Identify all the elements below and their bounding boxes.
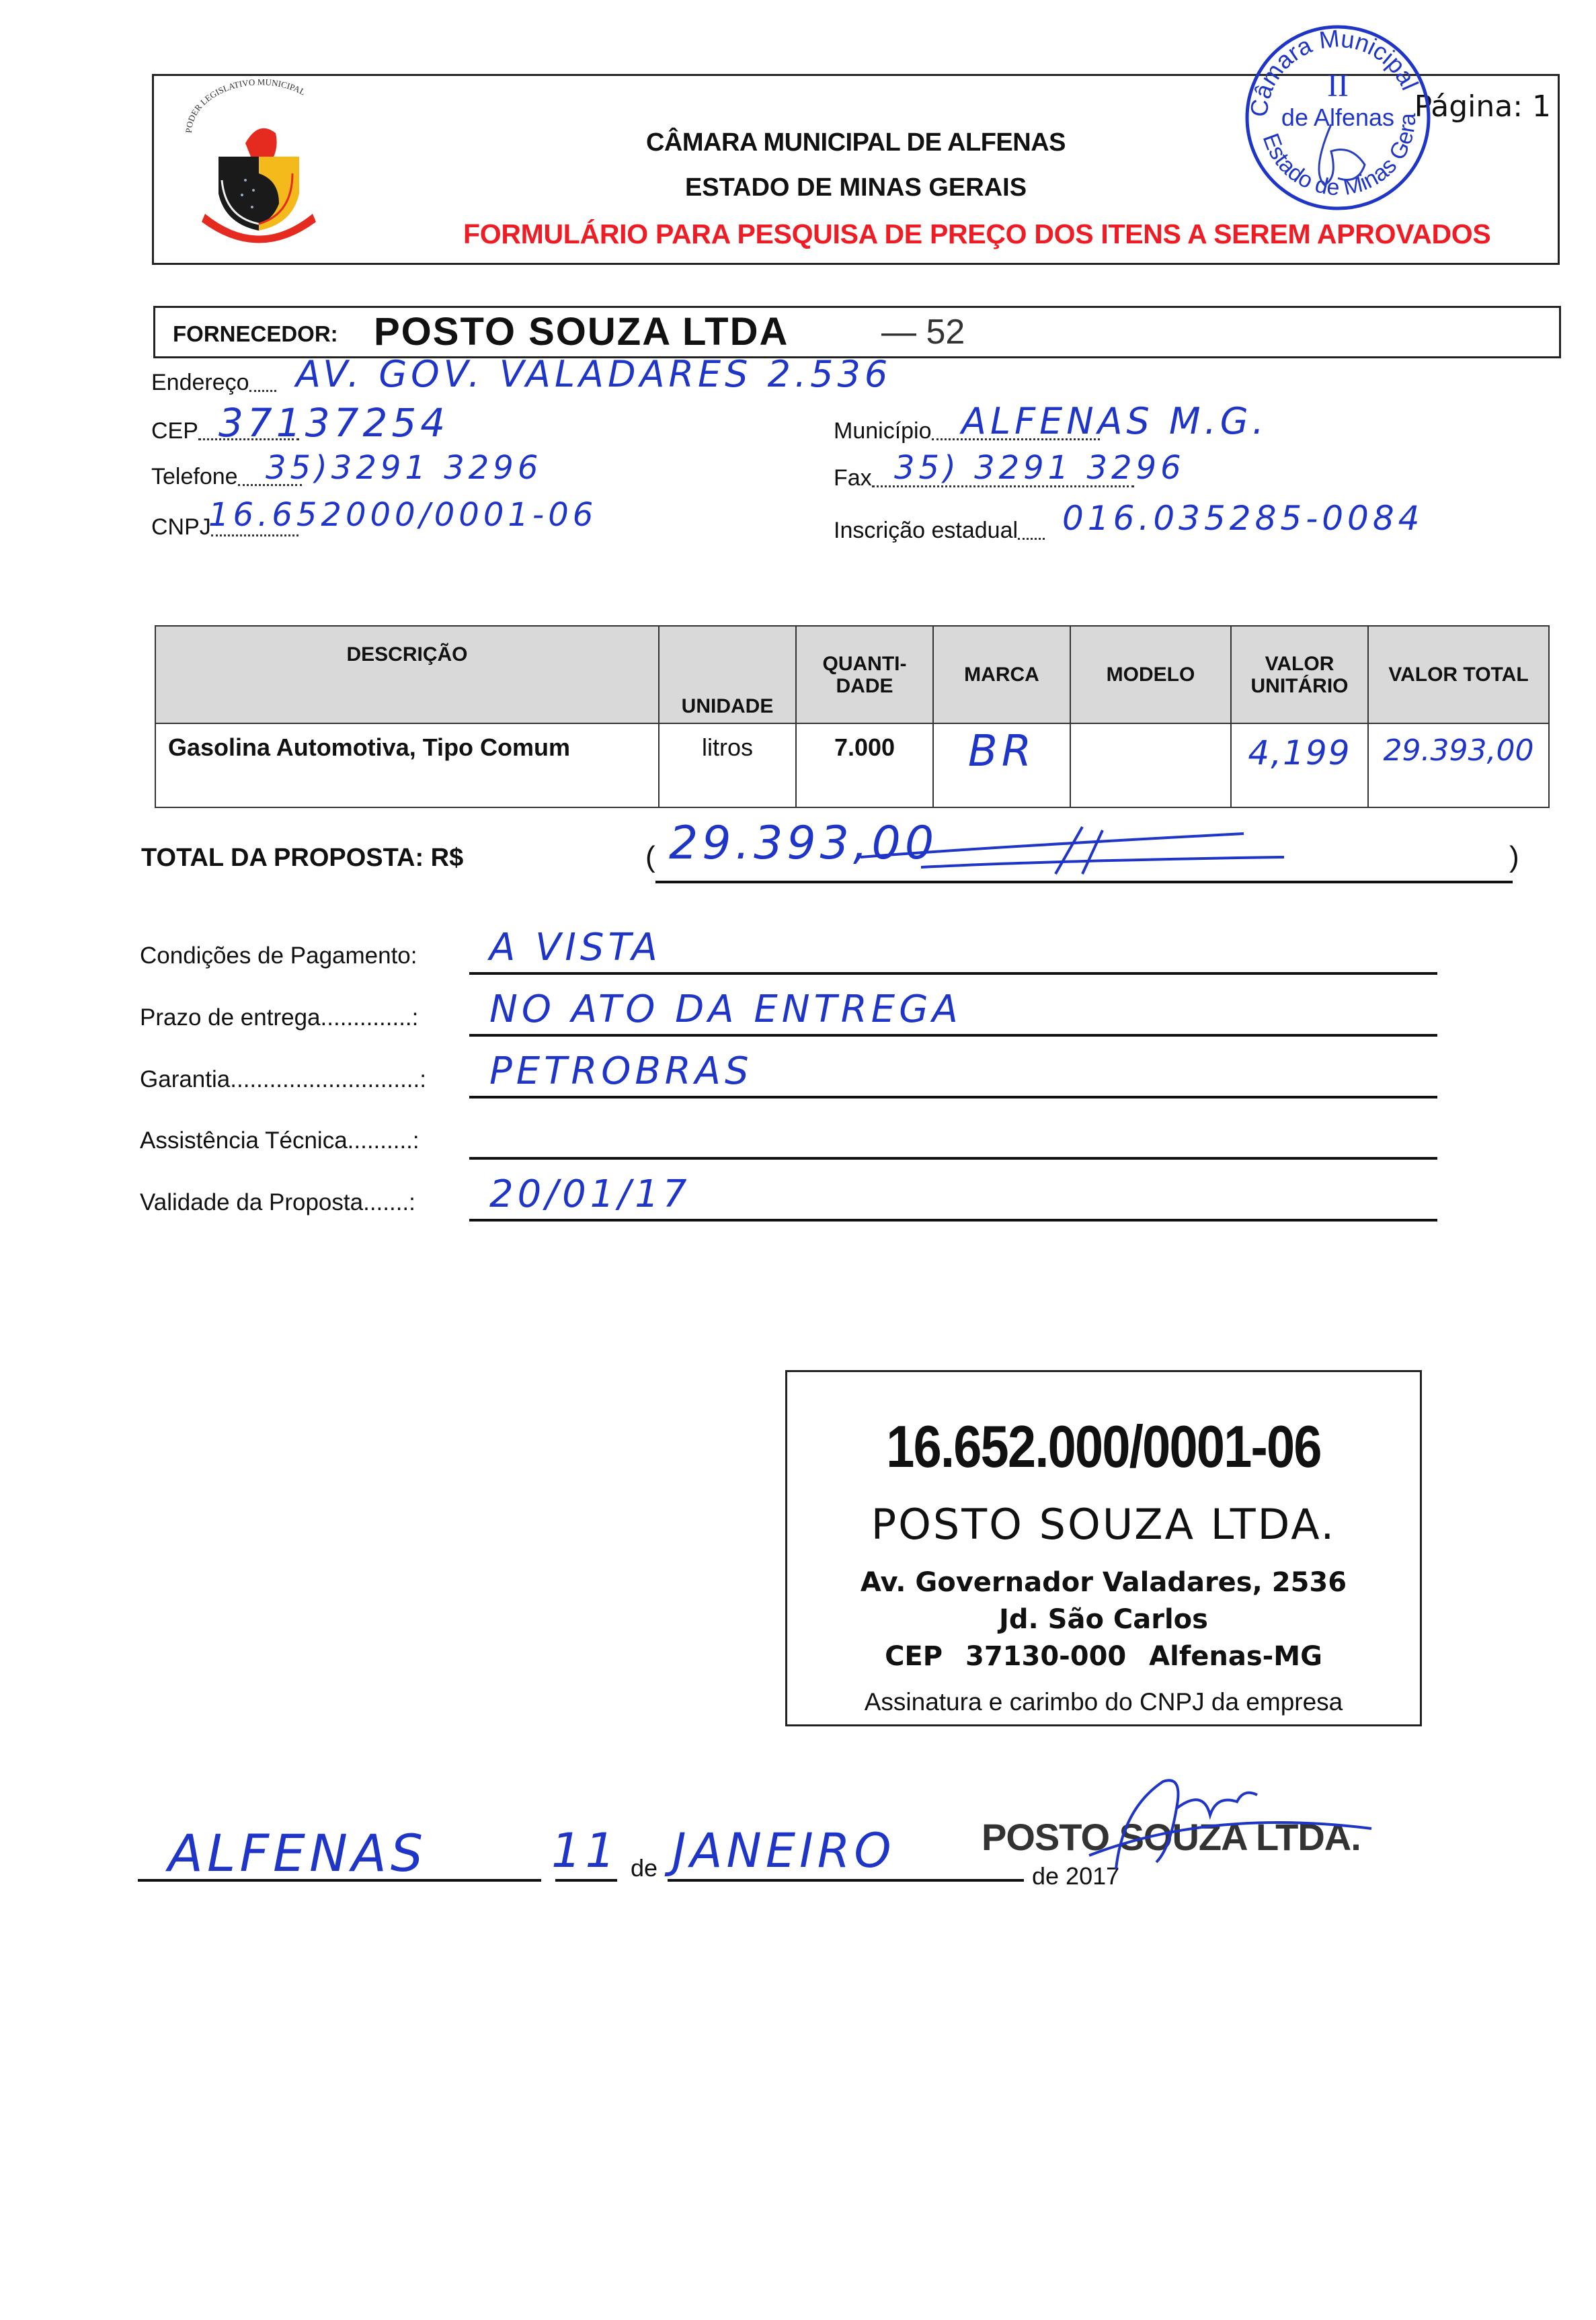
day-line [555, 1879, 617, 1882]
col-unidade: UNIDADE [659, 626, 796, 723]
condition-row-payment: Condições de Pagamento: A VISTA [140, 928, 1437, 975]
table-header-row: DESCRIÇÃO UNIDADE QUANTI-DADE MARCA MODE… [155, 626, 1549, 723]
svg-text:PODER LEGISLATIVO MUNICIPAL: PODER LEGISLATIVO MUNICIPAL [184, 79, 307, 133]
cell-descricao: Gasolina Automotiva, Tipo Comum [155, 723, 659, 807]
total-paren-close: ) [1509, 840, 1519, 874]
delivery-line [469, 1034, 1437, 1037]
condition-row-delivery: Prazo de entrega..............: NO ATO D… [140, 990, 1437, 1037]
signature-de-label: de [631, 1854, 657, 1882]
delivery-label: Prazo de entrega..............: [140, 1004, 418, 1031]
cnpj-value: 16.652000/0001-06 [208, 496, 597, 534]
cep-value: 37137254 [218, 400, 449, 446]
month-line [668, 1879, 1024, 1882]
validity-value: 20/01/17 [489, 1172, 691, 1216]
col-descricao: DESCRIÇÃO [155, 626, 659, 723]
supplier-box: FORNECEDOR: POSTO SOUZA LTDA — 52 [153, 306, 1561, 358]
cell-modelo [1070, 723, 1231, 807]
validity-line [469, 1219, 1437, 1222]
form-title: FORMULÁRIO PARA PESQUISA DE PREÇO DOS IT… [463, 218, 1490, 250]
col-quantidade: QUANTI-DADE [796, 626, 933, 723]
seal-numeral: II [1327, 68, 1349, 104]
stamp-company-name: POSTO SOUZA LTDA. [787, 1500, 1420, 1549]
signature-city: ALFENAS [168, 1823, 427, 1883]
warranty-label: Garantia.............................: [140, 1066, 426, 1093]
municipio-label: Município [834, 418, 932, 444]
total-label: TOTAL DA PROPOSTA: R$ [141, 844, 463, 873]
signature-month: JANEIRO [672, 1823, 895, 1878]
total-strike-scribble-icon [854, 820, 1351, 881]
logo-caption: PODER LEGISLATIVO MUNICIPAL [184, 79, 307, 133]
tech-support-line [469, 1157, 1437, 1160]
validity-label: Validade da Proposta.......: [140, 1189, 415, 1216]
warranty-line [469, 1096, 1437, 1098]
chamber-seal-stamp-icon: Câmara Municipal Estado de Minas Gerais … [1230, 17, 1445, 218]
cell-unidade: litros [659, 723, 796, 807]
signature-day: 11 [551, 1823, 619, 1878]
coat-of-arms-logo-icon: PODER LEGISLATIVO MUNICIPAL [178, 79, 340, 247]
seal-middle-text: de Alfenas [1281, 104, 1394, 131]
cell-valor-unitario: 4,199 [1231, 723, 1368, 807]
endereco-value: AV. GOV. VALADARES 2.536 [296, 353, 891, 395]
endereco-label: Endereço [151, 370, 249, 395]
items-table: DESCRIÇÃO UNIDADE QUANTI-DADE MARCA MODE… [155, 625, 1550, 808]
stamp-district: Jd. São Carlos [787, 1604, 1420, 1635]
cnpj-label: CNPJ [151, 514, 211, 540]
supplier-label: FORNECEDOR: [173, 321, 338, 347]
field-endereco: Endereço [151, 370, 276, 396]
payment-line [469, 972, 1437, 975]
stamp-caption: Assinatura e carimbo do CNPJ da empresa [787, 1688, 1420, 1716]
payment-label: Condições de Pagamento: [140, 943, 417, 969]
company-stamp-box: 16.652.000/0001-06 POSTO SOUZA LTDA. Av.… [785, 1370, 1422, 1726]
telefone-label: Telefone [151, 464, 238, 489]
cell-marca: BR [933, 723, 1070, 807]
supplier-note: — 52 [881, 312, 965, 352]
delivery-value: NO ATO DA ENTREGA [489, 988, 962, 1031]
inscricao-value: 016.035285-0084 [1062, 499, 1424, 538]
table-row: Gasolina Automotiva, Tipo Comum litros 7… [155, 723, 1549, 807]
col-modelo: MODELO [1070, 626, 1231, 723]
col-valor-unitario: VALOR UNITÁRIO [1231, 626, 1368, 723]
condition-row-tech-support: Assistência Técnica..........: [140, 1113, 1437, 1160]
condition-row-warranty: Garantia.............................: P… [140, 1051, 1437, 1098]
condition-row-validity: Validade da Proposta.......: 20/01/17 [140, 1174, 1437, 1222]
col-marca: MARCA [933, 626, 1070, 723]
cell-quantidade: 7.000 [796, 723, 933, 807]
inscricao-label: Inscrição estadual [834, 518, 1018, 543]
payment-value: A VISTA [489, 926, 662, 969]
supplier-name: POSTO SOUZA LTDA [374, 309, 789, 354]
total-underline [655, 881, 1513, 883]
cep-label: CEP [151, 418, 198, 444]
municipio-value: ALFENAS M.G. [961, 400, 1268, 442]
total-paren-open: ( [645, 840, 655, 874]
stamp-cnpj: 16.652.000/0001-06 [832, 1412, 1375, 1481]
fax-value: 35) 3291 3296 [894, 449, 1185, 487]
col-valor-total: VALOR TOTAL [1368, 626, 1549, 723]
cell-valor-total: 29.393,00 [1368, 723, 1549, 807]
tech-support-label: Assistência Técnica..........: [140, 1127, 420, 1154]
fax-label: Fax [834, 465, 872, 491]
stamp-cep-city: CEP 37130-000 Alfenas-MG [787, 1641, 1420, 1672]
handwritten-signature-icon [1076, 1768, 1378, 1882]
warranty-value: PETROBRAS [489, 1049, 753, 1093]
telefone-value: 35)3291 3296 [266, 449, 542, 487]
stamp-address: Av. Governador Valadares, 2536 [787, 1567, 1420, 1598]
field-inscricao-estadual: Inscrição estadual [834, 518, 1045, 544]
